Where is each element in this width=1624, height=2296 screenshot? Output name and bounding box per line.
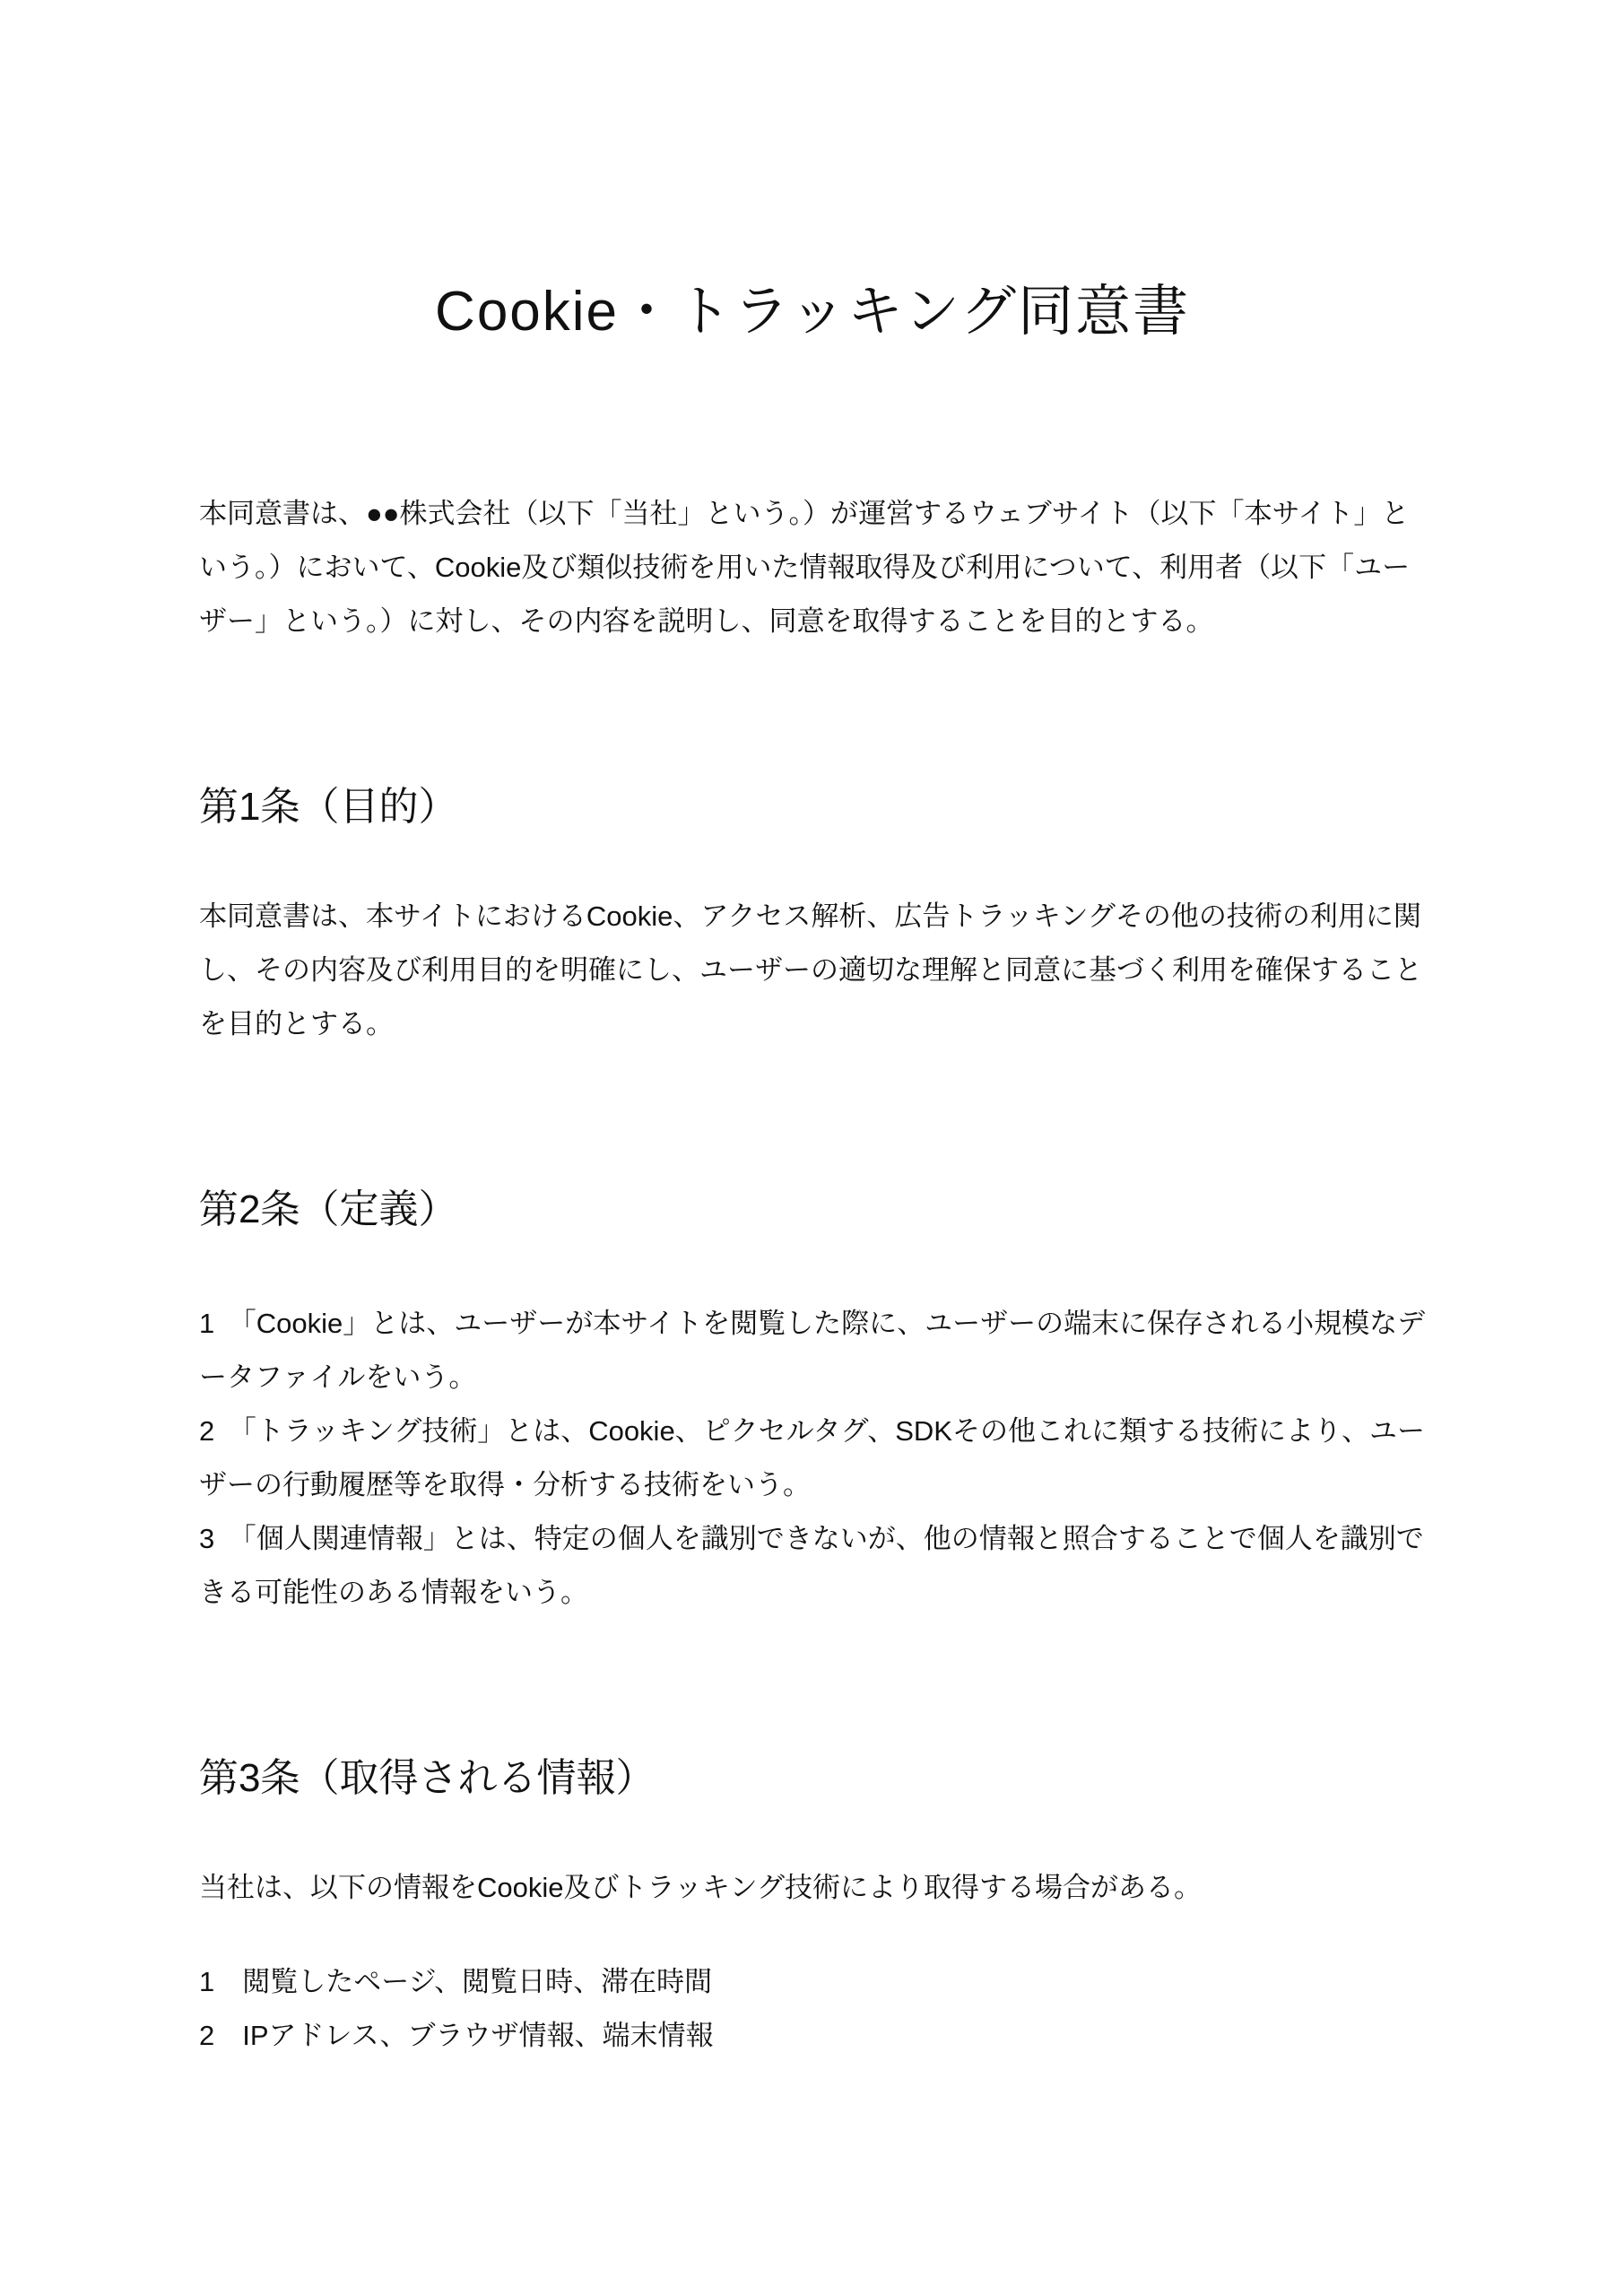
collected-info-list: 1 閲覧したページ、閲覧日時、滞在時間 2 IPアドレス、ブラウザ情報、端末情報: [199, 1955, 1426, 2063]
list-item: 1 「Cookie」とは、ユーザーが本サイトを閲覧した際に、ユーザーの端末に保存…: [199, 1297, 1426, 1405]
list-item: 1 閲覧したページ、閲覧日時、滞在時間: [199, 1955, 1426, 2009]
section-article-1: 第1条（目的） 本同意書は、本サイトにおけるCookie、アクセス解析、広告トラ…: [199, 783, 1426, 1051]
document-title: Cookie・トラッキング同意書: [199, 0, 1426, 344]
list-item: 2 IPアドレス、ブラウザ情報、端末情報: [199, 2009, 1426, 2063]
section-article-3: 第3条（取得される情報） 当社は、以下の情報をCookie及びトラッキング技術に…: [199, 1754, 1426, 2063]
list-item: 3 「個人関連情報」とは、特定の個人を識別できないが、他の情報と照合することで個…: [199, 1512, 1426, 1620]
section-article-2: 第2条（定義） 1 「Cookie」とは、ユーザーが本サイトを閲覧した際に、ユー…: [199, 1186, 1426, 1620]
intro-paragraph: 本同意書は、●●株式会社（以下「当社」という。）が運営するウェブサイト（以下「本…: [199, 487, 1426, 648]
definition-list: 1 「Cookie」とは、ユーザーが本サイトを閲覧した際に、ユーザーの端末に保存…: [199, 1297, 1426, 1620]
section-paragraph: 当社は、以下の情報をCookie及びトラッキング技術により取得する場合がある。: [199, 1861, 1426, 1915]
section-paragraph: 本同意書は、本サイトにおけるCookie、アクセス解析、広告トラッキングその他の…: [199, 890, 1426, 1051]
section-heading: 第1条（目的）: [199, 783, 1426, 831]
section-heading: 第2条（定義）: [199, 1186, 1426, 1234]
list-item: 2 「トラッキング技術」とは、Cookie、ピクセルタグ、SDKその他これに類す…: [199, 1405, 1426, 1512]
document-page: Cookie・トラッキング同意書 本同意書は、●●株式会社（以下「当社」という。…: [0, 0, 1624, 2296]
section-heading: 第3条（取得される情報）: [199, 1754, 1426, 1803]
